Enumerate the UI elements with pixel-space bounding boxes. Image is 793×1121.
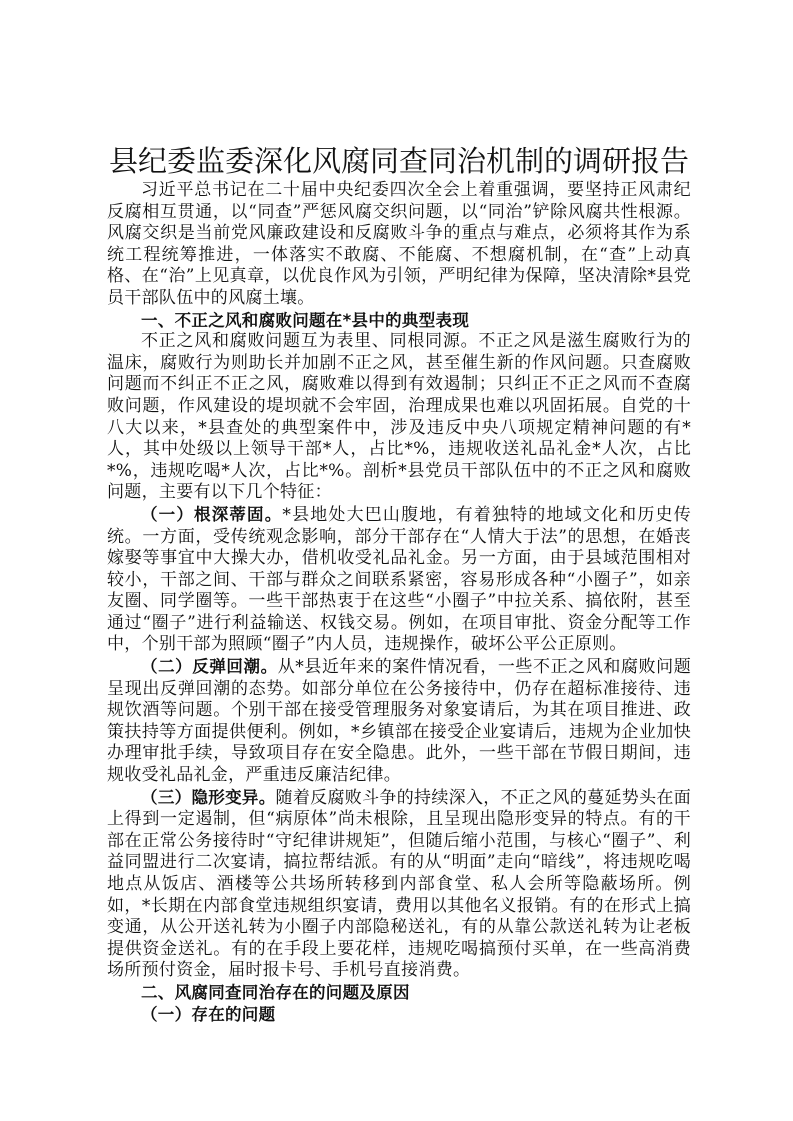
point-2-text: 从*县近年来的案件情况看，一些不正之风和腐败问题呈现出反弹回潮的态势。如部分单位… <box>107 657 691 785</box>
document-page: 县纪委监委深化风腐同查同治机制的调研报告 习近平总书记在二十届中央纪委四次全会上… <box>107 142 691 1025</box>
section-2-heading: 二、风腐同查同治存在的问题及原因 <box>107 982 691 1004</box>
section-1-body: 不正之风和腐败问题互为表里、同根同源。不正之风是滋生腐败行为的温床，腐败行为则助… <box>107 331 691 504</box>
point-1-lead: （一）根深蒂固。 <box>141 505 282 524</box>
point-3-paragraph: （三）隐形变异。随着反腐败斗争的持续深入，不正之风的蔓延势头在面上得到一定遏制，… <box>107 787 691 982</box>
section-1-heading: 一、不正之风和腐败问题在*县中的典型表现 <box>107 310 691 332</box>
point-3-text: 随着反腐败斗争的持续深入，不正之风的蔓延势头在面上得到一定遏制，但“病原体”尚未… <box>107 788 691 981</box>
point-1-text: *县地处大巴山腹地，有着独特的地域文化和历史传统。一方面，受传统观念影响，部分干… <box>107 505 691 655</box>
point-2-paragraph: （二）反弹回潮。从*县近年来的案件情况看，一些不正之风和腐败问题呈现出反弹回潮的… <box>107 656 691 787</box>
section-2-subheading: （一）存在的问题 <box>107 1004 691 1026</box>
point-3-lead: （三）隐形变异。 <box>141 788 276 807</box>
point-2-lead: （二）反弹回潮。 <box>141 657 278 676</box>
intro-paragraph: 习近平总书记在二十届中央纪委四次全会上着重强调，要坚持正风肃纪反腐相互贯通，以“… <box>107 180 691 310</box>
point-1-paragraph: （一）根深蒂固。*县地处大巴山腹地，有着独特的地域文化和历史传统。一方面，受传统… <box>107 504 691 656</box>
document-title: 县纪委监委深化风腐同查同治机制的调研报告 <box>103 142 695 180</box>
